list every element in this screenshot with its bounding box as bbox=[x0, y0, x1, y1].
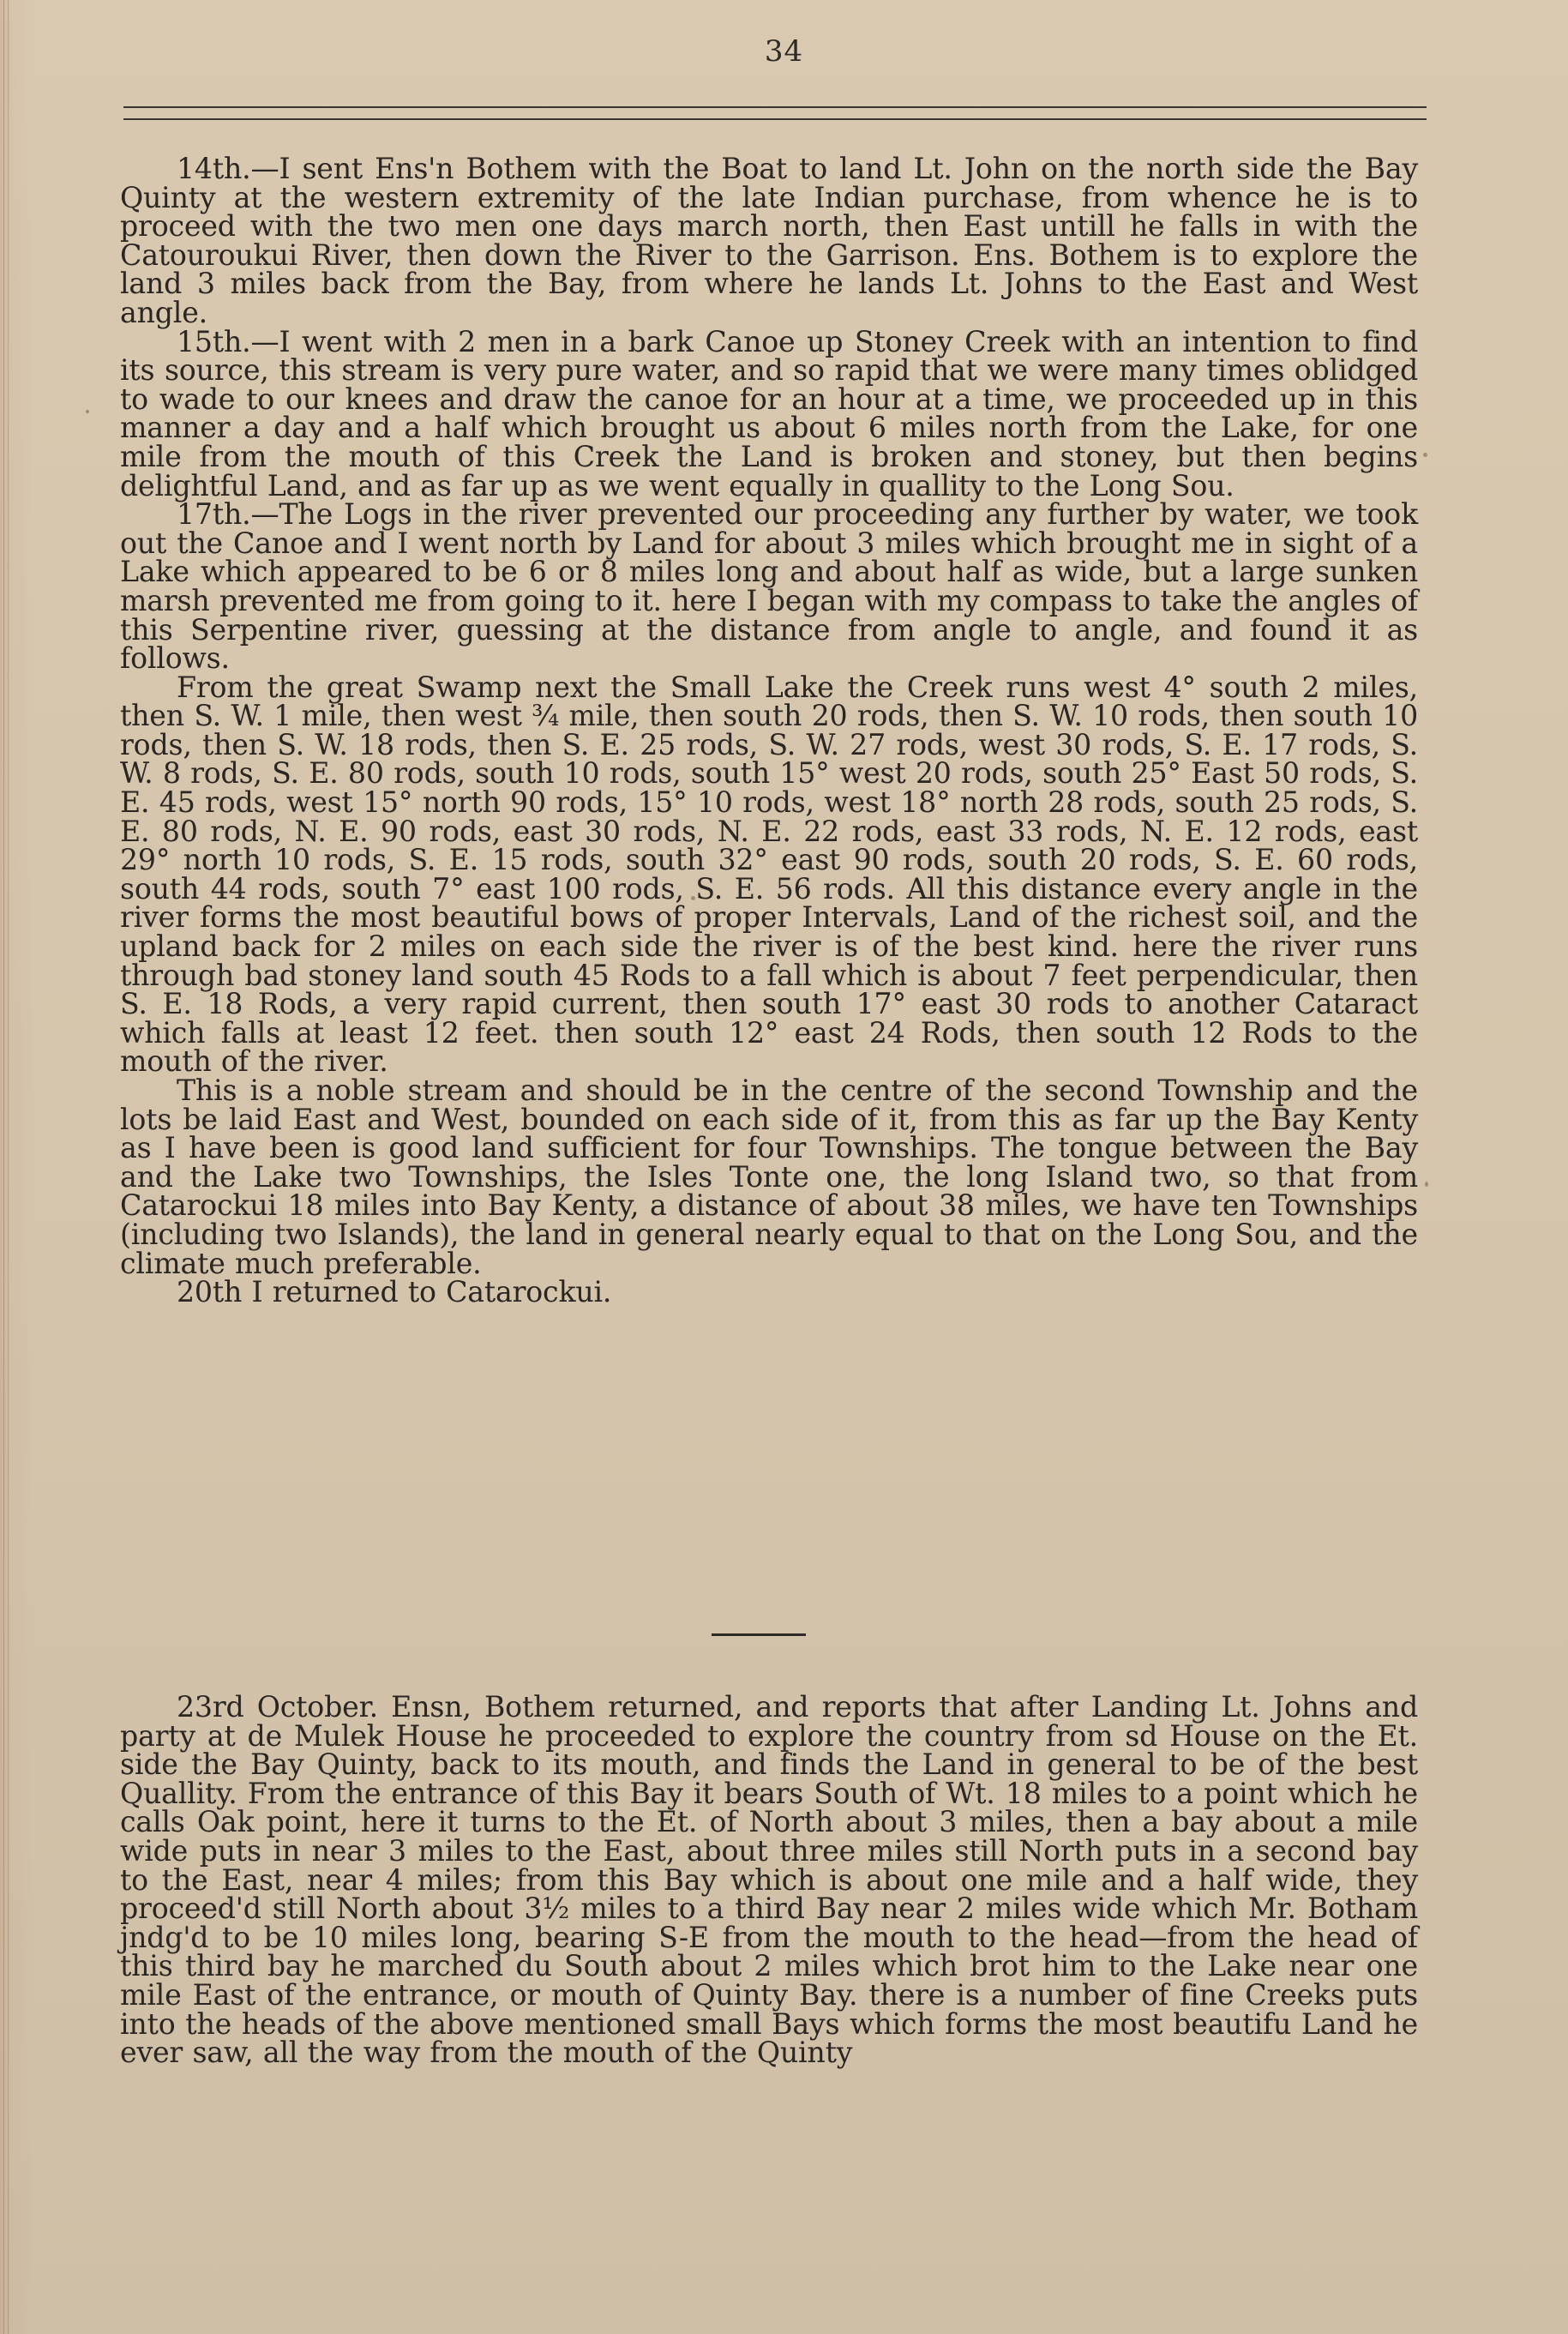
paragraph-15th: 15th.—I went with 2 men in a bark Canoe … bbox=[120, 328, 1418, 501]
paper-speck bbox=[1425, 1182, 1428, 1187]
section-separator-rule bbox=[712, 1633, 806, 1636]
paragraph-23rd-october: 23rd October. Ensn, Bothem returned, and… bbox=[120, 1693, 1418, 2067]
header-rule-bottom bbox=[123, 118, 1427, 120]
header-rule-top bbox=[123, 106, 1427, 108]
paper-speck bbox=[691, 896, 695, 900]
paragraph-17th: 17th.—The Logs in the river prevented ou… bbox=[120, 500, 1418, 673]
page-binding-edge bbox=[3, 0, 9, 2334]
paragraph-noble-stream: This is a noble stream and should be in … bbox=[120, 1076, 1418, 1278]
journal-section-october-14-20: 14th.—I sent Ens'n Bothem with the Boat … bbox=[120, 154, 1418, 1307]
page-number: 34 bbox=[0, 34, 1568, 69]
paragraph-survey-bearings: From the great Swamp next the Small Lake… bbox=[120, 673, 1418, 1076]
paragraph-20th: 20th I returned to Catarockui. bbox=[120, 1278, 1418, 1307]
journal-section-october-23: 23rd October. Ensn, Bothem returned, and… bbox=[120, 1693, 1418, 2067]
paper-speck bbox=[1423, 453, 1427, 457]
paper-speck bbox=[86, 410, 89, 413]
paragraph-14th: 14th.—I sent Ens'n Bothem with the Boat … bbox=[120, 154, 1418, 328]
